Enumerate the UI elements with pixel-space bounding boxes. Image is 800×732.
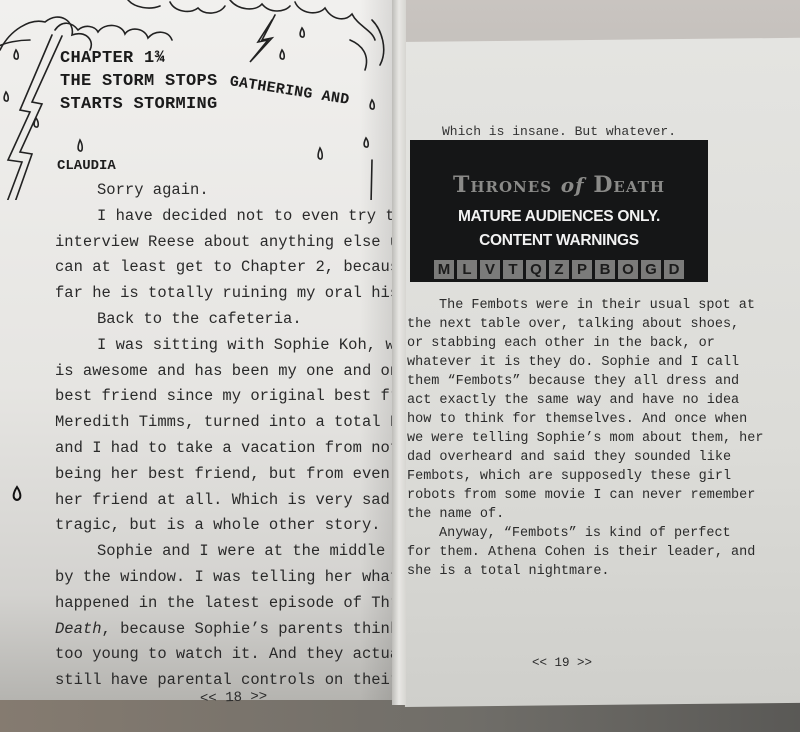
text-line: Sophie and I were at the middle table bbox=[55, 539, 400, 565]
text-line: by the window. I was telling her what bbox=[55, 565, 400, 591]
text-line: Death, because Sophie’s parents think sh… bbox=[55, 617, 400, 643]
text-line: interview Reese about anything else unti… bbox=[55, 230, 400, 256]
warning-letter: V bbox=[480, 260, 500, 279]
left-page: CHAPTER 1¾ THE STORM STOPS GATHERING AND… bbox=[0, 0, 400, 700]
warning-letter: D bbox=[664, 260, 684, 279]
text-line: them “Fembots” because they all dress an… bbox=[407, 372, 787, 391]
text-line: the name of. bbox=[407, 505, 787, 524]
show-title: Thrones of Death bbox=[410, 172, 708, 198]
text-line: I was sitting with Sophie Koh, who bbox=[55, 333, 400, 359]
mature-audiences-line: MATURE AUDIENCES ONLY. bbox=[410, 208, 708, 226]
page-number-right: << 19 >> bbox=[532, 656, 592, 670]
text-line: Anyway, “Fembots” is kind of perfect bbox=[407, 524, 787, 543]
text-line: far he is totally ruining my oral histor… bbox=[55, 281, 400, 307]
text-line: I have decided not to even try to bbox=[55, 204, 400, 230]
warning-letter-row: MLVTQZPBOGD bbox=[410, 260, 708, 279]
text-line: happened in the latest episode of Throne… bbox=[55, 591, 400, 617]
book-gutter bbox=[392, 0, 406, 705]
text-line: being her best friend, but from even bei… bbox=[55, 462, 400, 488]
chapter-title-line1: THE STORM STOPS GATHERING AND bbox=[60, 70, 349, 93]
warning-letter: Z bbox=[549, 260, 569, 279]
chapter-heading: CHAPTER 1¾ THE STORM STOPS GATHERING AND… bbox=[60, 47, 349, 116]
text-line: The Fembots were in their usual spot at bbox=[407, 296, 787, 315]
warning-letter: M bbox=[434, 260, 454, 279]
text-line: tragic, but is a whole other story. bbox=[55, 513, 400, 539]
page-number-left: << 18 >> bbox=[200, 689, 268, 707]
warning-letter: O bbox=[618, 260, 638, 279]
raindrop-icon bbox=[10, 485, 24, 503]
text-line: whatever it is they do. Sophie and I cal… bbox=[407, 353, 787, 372]
left-page-body: Sorry again.I have decided not to even t… bbox=[55, 178, 400, 694]
right-lead-line: Which is insane. But whatever. bbox=[442, 124, 676, 139]
warning-letter: G bbox=[641, 260, 661, 279]
text-line: act exactly the same way and have no ide… bbox=[407, 391, 787, 410]
text-line: we were telling Sophie’s mom about them,… bbox=[407, 429, 787, 448]
warning-letter: P bbox=[572, 260, 592, 279]
text-line: can at least get to Chapter 2, because s… bbox=[55, 255, 400, 281]
text-line: too young to watch it. And they actually bbox=[55, 642, 400, 668]
text-line: Sorry again. bbox=[55, 178, 400, 204]
show-title-part1: Thrones bbox=[453, 172, 552, 198]
text-line: how to think for themselves. And once wh… bbox=[407, 410, 787, 429]
content-warnings-line: CONTENT WARNINGS bbox=[410, 232, 708, 250]
warning-letter: B bbox=[595, 260, 615, 279]
show-title-part2: Death bbox=[593, 172, 665, 198]
speaker-name: CLAUDIA bbox=[57, 158, 116, 174]
text-line: for them. Athena Cohen is their leader, … bbox=[407, 543, 787, 562]
warning-letter: T bbox=[503, 260, 523, 279]
chapter-label: CHAPTER 1¾ bbox=[60, 47, 349, 70]
text-line: her friend at all. Which is very sad and bbox=[55, 488, 400, 514]
text-line: Meredith Timms, turned into a total Femb… bbox=[55, 410, 400, 436]
content-warning-card: Thrones of Death MATURE AUDIENCES ONLY. … bbox=[410, 140, 708, 282]
warning-letter: L bbox=[457, 260, 477, 279]
text-line: she is a total nightmare. bbox=[407, 562, 787, 581]
warning-letter: Q bbox=[526, 260, 546, 279]
show-title-of: of bbox=[561, 173, 585, 197]
chapter-title-main: THE STORM STOPS bbox=[60, 72, 228, 91]
text-line: the next table over, talking about shoes… bbox=[407, 315, 787, 334]
italic-text: Death bbox=[55, 620, 102, 638]
text-line: robots from some movie I can never remem… bbox=[407, 486, 787, 505]
text-line: best friend since my original best frien… bbox=[55, 384, 400, 410]
text-line: dad overheard and said they sounded like bbox=[407, 448, 787, 467]
text-line: or stabbing each other in the back, or bbox=[407, 334, 787, 353]
text-line: is awesome and has been my one and only bbox=[55, 359, 400, 385]
right-page-body: The Fembots were in their usual spot att… bbox=[407, 296, 787, 581]
text-line: Back to the cafeteria. bbox=[55, 307, 400, 333]
text-line: Fembots, which are supposedly these girl bbox=[407, 467, 787, 486]
text-line: and I had to take a vacation from not on… bbox=[55, 436, 400, 462]
